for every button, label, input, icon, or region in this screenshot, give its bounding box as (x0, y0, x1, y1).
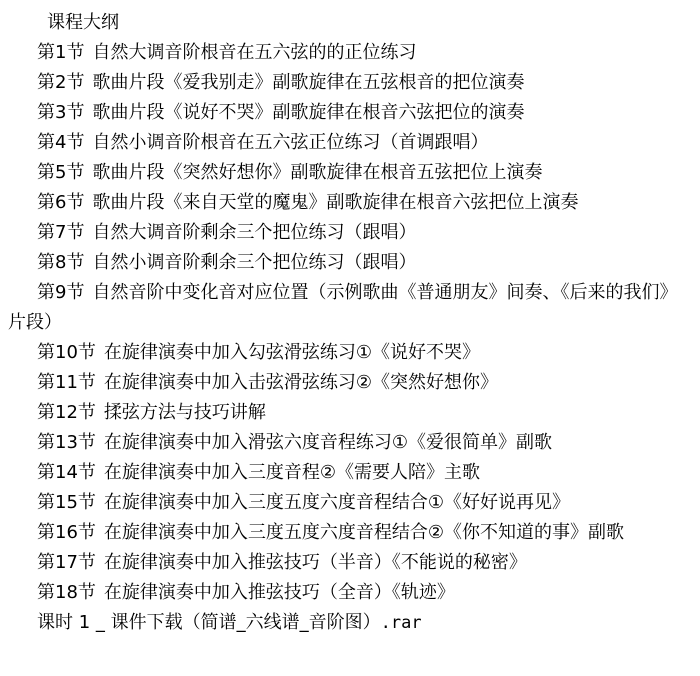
document-title: 课程大纲 (0, 8, 700, 38)
section-item: 第7节自然大调音阶剩余三个把位练习（跟唱） (0, 218, 692, 248)
section-number: 第14节 (37, 462, 96, 483)
section-number: 第3节 (37, 102, 84, 123)
section-item: 第14节在旋律演奏中加入三度音程②《需要人陪》主歌 (0, 458, 692, 488)
section-number: 第8节 (37, 252, 84, 273)
section-number: 第5节 (37, 162, 84, 183)
section-text: 歌曲片段《突然好想你》副歌旋律在根音五弦把位上演奏 (92, 162, 542, 183)
section-text: 歌曲片段《说好不哭》副歌旋律在根音六弦把位的演奏 (92, 102, 524, 123)
section-text: 在旋律演奏中加入三度音程②《需要人陪》主歌 (104, 462, 480, 483)
section-item: 第10节在旋律演奏中加入勾弦滑弦练习①《说好不哭》 (0, 338, 692, 368)
section-item: 第11节在旋律演奏中加入击弦滑弦练习②《突然好想你》 (0, 368, 692, 398)
section-number: 第7节 (37, 222, 84, 243)
section-number: 第9节 (37, 282, 84, 303)
section-text: 在旋律演奏中加入滑弦六度音程练习①《爱很简单》副歌 (104, 432, 552, 453)
section-text: 在旋律演奏中加入三度五度六度音程结合②《你不知道的事》副歌 (104, 522, 624, 543)
section-number: 第6节 (37, 192, 84, 213)
section-text: 在旋律演奏中加入推弦技巧（全音）《轨迹》 (104, 582, 455, 603)
section-number: 第16节 (37, 522, 96, 543)
section-item: 第5节歌曲片段《突然好想你》副歌旋律在根音五弦把位上演奏 (0, 158, 692, 188)
section-item: 第12节揉弦方法与技巧讲解 (0, 398, 692, 428)
section-text: 揉弦方法与技巧讲解 (104, 402, 266, 423)
section-item: 第17节在旋律演奏中加入推弦技巧（半音）《不能说的秘密》 (0, 548, 692, 578)
section-item: 第3节歌曲片段《说好不哭》副歌旋律在根音六弦把位的演奏 (0, 98, 692, 128)
section-text: 在旋律演奏中加入推弦技巧（半音）《不能说的秘密》 (104, 552, 527, 573)
section-number: 第13节 (37, 432, 96, 453)
section-item: 第1节自然大调音阶根音在五六弦的的正位练习 (0, 38, 692, 68)
attachment-file-link[interactable]: 课时 1 _ 课件下载（简谱_六线谱_音阶图）.rar (0, 608, 700, 638)
section-number: 第2节 (37, 72, 84, 93)
section-item: 第2节歌曲片段《爱我别走》副歌旋律在五弦根音的把位演奏 (0, 68, 692, 98)
section-text: 歌曲片段《爱我别走》副歌旋律在五弦根音的把位演奏 (92, 72, 524, 93)
section-item: 第18节在旋律演奏中加入推弦技巧（全音）《轨迹》 (0, 578, 692, 608)
section-number: 第10节 (37, 342, 96, 363)
course-outline-document: 课程大纲 第1节自然大调音阶根音在五六弦的的正位练习 第2节歌曲片段《爱我别走》… (0, 0, 700, 638)
attachment-extension: .rar (381, 613, 422, 633)
attachment-name: 课时 1 _ 课件下载（简谱_六线谱_音阶图） (37, 612, 381, 633)
section-text: 在旋律演奏中加入三度五度六度音程结合①《好好说再见》 (104, 492, 570, 513)
section-text: 在旋律演奏中加入击弦滑弦练习②《突然好想你》 (104, 372, 498, 393)
section-number: 第18节 (37, 582, 96, 603)
section-item: 第9节自然音阶中变化音对应位置（示例歌曲《普通朋友》间奏、《后来的我们》片段） (0, 278, 692, 338)
section-item: 第16节在旋律演奏中加入三度五度六度音程结合②《你不知道的事》副歌 (0, 518, 692, 548)
section-text: 在旋律演奏中加入勾弦滑弦练习①《说好不哭》 (104, 342, 480, 363)
section-text: 歌曲片段《来自天堂的魔鬼》副歌旋律在根音六弦把位上演奏 (92, 192, 578, 213)
section-text: 自然音阶中变化音对应位置（示例歌曲《普通朋友》间奏、《后来的我们》片段） (8, 282, 677, 333)
section-number: 第1节 (37, 42, 84, 63)
section-item: 第8节自然小调音阶剩余三个把位练习（跟唱） (0, 248, 692, 278)
section-text: 自然小调音阶根音在五六弦正位练习（首调跟唱） (92, 132, 488, 153)
section-number: 第17节 (37, 552, 96, 573)
section-number: 第11节 (37, 372, 96, 393)
section-text: 自然大调音阶剩余三个把位练习（跟唱） (92, 222, 416, 243)
section-text: 自然大调音阶根音在五六弦的的正位练习 (92, 42, 416, 63)
section-item: 第15节在旋律演奏中加入三度五度六度音程结合①《好好说再见》 (0, 488, 692, 518)
section-number: 第15节 (37, 492, 96, 513)
section-text: 自然小调音阶剩余三个把位练习（跟唱） (92, 252, 416, 273)
section-item: 第6节歌曲片段《来自天堂的魔鬼》副歌旋律在根音六弦把位上演奏 (0, 188, 692, 218)
section-item: 第4节自然小调音阶根音在五六弦正位练习（首调跟唱） (0, 128, 692, 158)
section-number: 第12节 (37, 402, 96, 423)
section-number: 第4节 (37, 132, 84, 153)
section-item: 第13节在旋律演奏中加入滑弦六度音程练习①《爱很简单》副歌 (0, 428, 692, 458)
